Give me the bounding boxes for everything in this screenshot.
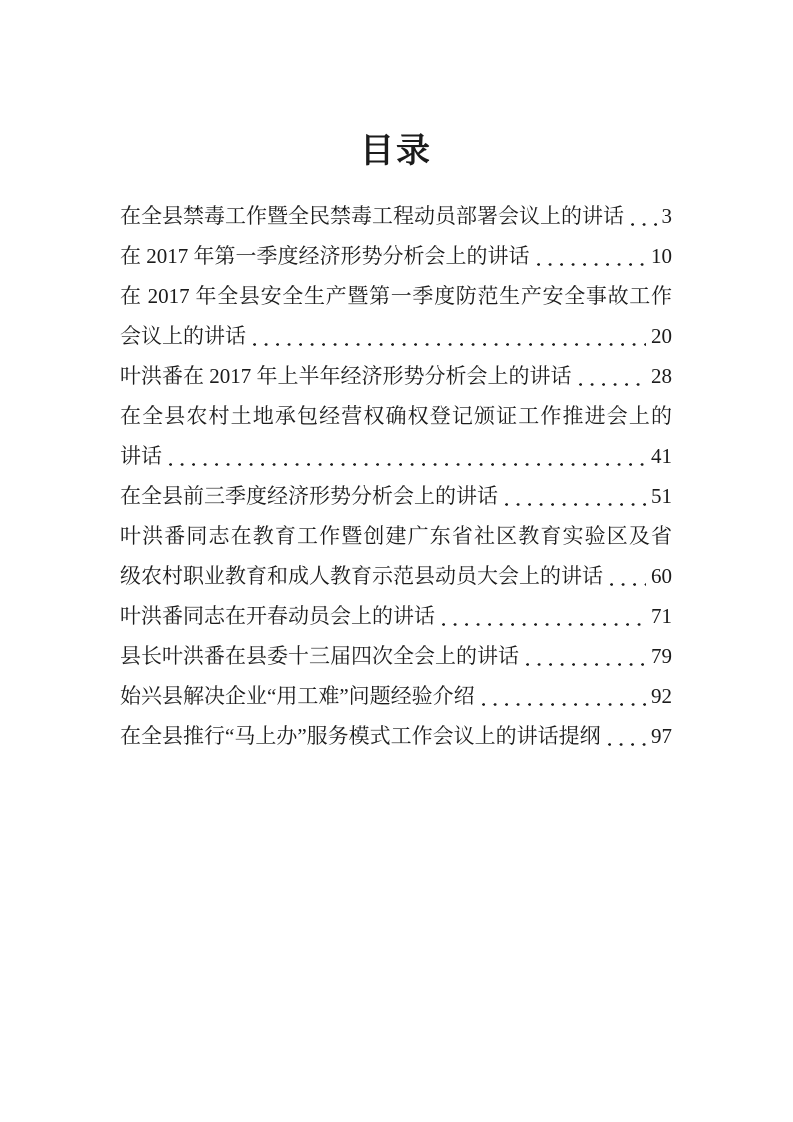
toc-page-number: 51 (648, 476, 672, 516)
toc-entry-line[interactable]: 县长叶洪番在县委十三届四次全会上的讲话 79 (120, 636, 672, 676)
toc-entry-line[interactable]: 在 2017 年第一季度经济形势分析会上的讲话 10 (120, 236, 672, 276)
toc-page-number: 92 (648, 676, 672, 716)
toc-entry-line[interactable]: 在全县推行“马上办”服务模式工作会议上的讲话提纲 97 (120, 716, 672, 756)
dot-leader (167, 462, 646, 476)
toc-entry-line[interactable]: 叶洪番在 2017 年上半年经济形势分析会上的讲话 28 (120, 356, 672, 396)
toc-entry-line[interactable]: 级农村职业教育和成人教育示范县动员大会上的讲话 60 (120, 556, 672, 596)
dot-leader (606, 742, 646, 756)
toc-entry-text: 始兴县解决企业“用工难”问题经验介绍 (120, 676, 475, 716)
dot-leader (480, 702, 646, 716)
toc-entry-text: 在 2017 年全县安全生产暨第一季度防范生产安全事故工作 (120, 276, 672, 316)
toc-entry-text: 讲话 (120, 436, 162, 476)
toc-page-number: 20 (648, 316, 672, 356)
dot-leader (440, 622, 646, 636)
toc-page-number: 97 (648, 716, 672, 756)
dot-leader (503, 502, 646, 516)
table-of-contents: 在全县禁毒工作暨全民禁毒工程动员部署会议上的讲话 3 在 2017 年第一季度经… (120, 196, 672, 756)
toc-entry-line[interactable]: 始兴县解决企业“用工难”问题经验介绍 92 (120, 676, 672, 716)
toc-page-number: 41 (648, 436, 672, 476)
toc-page-number: 71 (648, 596, 672, 636)
toc-entry-line[interactable]: 会议上的讲话 20 (120, 316, 672, 356)
document-page: 目录 在全县禁毒工作暨全民禁毒工程动员部署会议上的讲话 3 在 2017 年第一… (0, 0, 793, 1122)
toc-entry-text: 叶洪番同志在教育工作暨创建广东省社区教育实验区及省 (120, 516, 672, 556)
dot-leader (577, 382, 647, 396)
toc-entry-text: 在全县农村土地承包经营权确权登记颁证工作推进会上的 (120, 396, 672, 436)
toc-entry-text: 叶洪番同志在开春动员会上的讲话 (120, 596, 435, 636)
toc-entry-line[interactable]: 在全县农村土地承包经营权确权登记颁证工作推进会上的 (120, 396, 672, 436)
toc-entry-text: 级农村职业教育和成人教育示范县动员大会上的讲话 (120, 556, 603, 596)
toc-page-number: 79 (648, 636, 672, 676)
dot-leader (524, 662, 646, 676)
dot-leader (251, 342, 646, 356)
toc-page-number: 3 (659, 196, 673, 236)
page-title: 目录 (120, 131, 672, 171)
toc-entry-text: 在全县推行“马上办”服务模式工作会议上的讲话提纲 (120, 716, 601, 756)
toc-page-number: 60 (648, 556, 672, 596)
toc-page-number: 10 (648, 236, 672, 276)
toc-entry-line[interactable]: 在全县前三季度经济形势分析会上的讲话 51 (120, 476, 672, 516)
toc-entry-text: 叶洪番在 2017 年上半年经济形势分析会上的讲话 (120, 356, 572, 396)
toc-page-number: 28 (648, 356, 672, 396)
toc-entry-text: 会议上的讲话 (120, 316, 246, 356)
toc-entry-text: 在全县禁毒工作暨全民禁毒工程动员部署会议上的讲话 (120, 196, 624, 236)
dot-leader (535, 262, 647, 276)
toc-entry-line[interactable]: 讲话 41 (120, 436, 672, 476)
dot-leader (629, 222, 657, 236)
toc-entry-text: 在全县前三季度经济形势分析会上的讲话 (120, 476, 498, 516)
toc-entry-text: 县长叶洪番在县委十三届四次全会上的讲话 (120, 636, 519, 676)
toc-entry-text: 在 2017 年第一季度经济形势分析会上的讲话 (120, 236, 530, 276)
toc-entry-line[interactable]: 在全县禁毒工作暨全民禁毒工程动员部署会议上的讲话 3 (120, 196, 672, 236)
toc-entry-line[interactable]: 在 2017 年全县安全生产暨第一季度防范生产安全事故工作 (120, 276, 672, 316)
toc-entry-line[interactable]: 叶洪番同志在开春动员会上的讲话 71 (120, 596, 672, 636)
toc-entry-line[interactable]: 叶洪番同志在教育工作暨创建广东省社区教育实验区及省 (120, 516, 672, 556)
dot-leader (608, 582, 646, 596)
